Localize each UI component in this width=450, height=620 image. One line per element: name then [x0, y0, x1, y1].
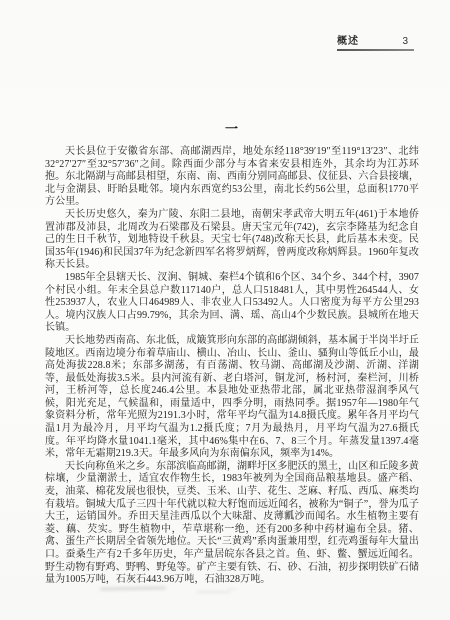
- paragraph-geography-climate: 天长地势西南高、东北低，成簸箕形向东部的高邮湖倾斜，基本属于半岗半圩丘陵地区。西…: [45, 335, 419, 461]
- paragraph-population: 1985年全县辖天长、汊涧、铜城、秦栏4个镇和6个区、34个乡、344个村，39…: [45, 272, 419, 335]
- page-header: 概述 3: [337, 32, 414, 51]
- paragraph-history: 天长历史悠久，秦为广陵、东阳二县地，南朝宋孝武帝大明五年(461)于本地侨置沛郡…: [45, 209, 419, 272]
- scan-smudge: [100, 586, 166, 590]
- paragraph-location: 天长县位于安徽省东部、高邮湖西岸，地处东经118°39′19″至119°13′2…: [45, 146, 419, 209]
- main-text-block: 一 天长县位于安徽省东部、高邮湖西岸，地处东经118°39′19″至119°13…: [45, 118, 419, 587]
- section-number-heading: 一: [45, 118, 419, 137]
- header-rule: [337, 49, 414, 51]
- scan-smudge: [196, 591, 230, 593]
- scan-smudge: [228, 588, 236, 590]
- header-page-number: 3: [402, 36, 414, 47]
- header-section-title: 概述: [337, 32, 359, 47]
- scanned-book-page: 概述 3 一 天长县位于安徽省东部、高邮湖西岸，地处东经118°39′19″至1…: [0, 0, 450, 620]
- paragraph-products-resources: 天长向称鱼米之乡。东部滨临高邮湖，湖畔圩区多肥沃的黑土，山区和丘陵多黄棕壤，少量…: [45, 461, 419, 587]
